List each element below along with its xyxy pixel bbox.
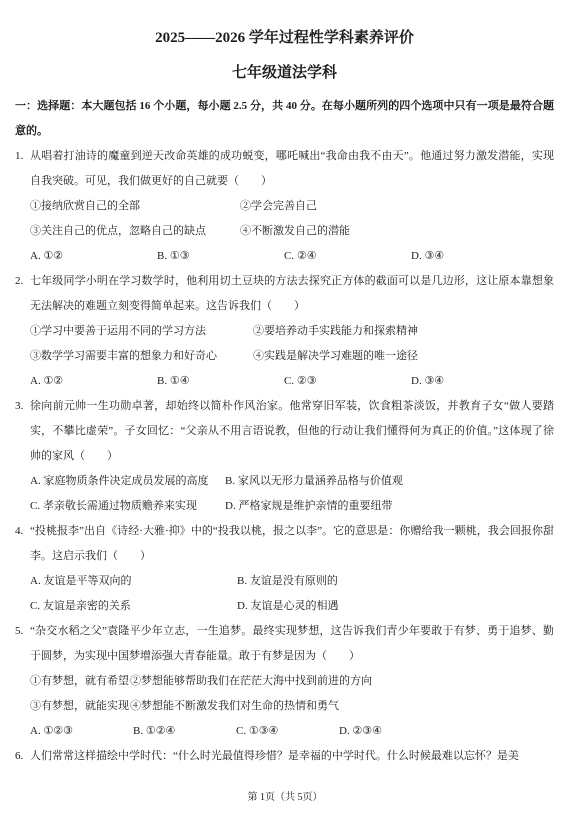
option-item: ②要培养动手实践能力和探索精神 (253, 319, 418, 344)
option-item: ④不断激发自己的潜能 (240, 219, 350, 244)
option-row: ①学习中要善于运用不同的学习方法②要培养动手实践能力和探索精神 (15, 319, 554, 344)
choice-item: D. ③④ (411, 244, 444, 269)
choice-row: A. ①②③B. ①②④C. ①③④D. ②③④ (15, 719, 554, 744)
question-number: 4. (15, 519, 23, 544)
question-stem: 6.人们常常这样描绘中学时代：“什么时光最值得珍惜？是幸福的中学时代。什么时候最… (15, 744, 554, 769)
choice-item: B. ①③ (157, 244, 284, 269)
option-row: ①有梦想，就有希望②梦想能够帮助我们在茫茫大海中找到前进的方向 (15, 669, 554, 694)
option-item: ①接纳欣赏自己的全部 (30, 194, 240, 219)
option-item: ④实践是解决学习难题的唯一途径 (253, 344, 418, 369)
question-stem: 4.“投桃报李”出自《诗经·大雅·抑》中的“投我以桃，报之以李”。它的意思是：你… (15, 519, 554, 569)
question-stem: 5.“杂交水稻之父”袁隆平少年立志，一生追梦。最终实现梦想，这告诉我们青少年要敢… (15, 619, 554, 669)
choice-item: D. ②③④ (339, 719, 382, 744)
choice-item: C. 孝亲敬长需通过物质赡养来实现 (30, 494, 225, 519)
question-2: 2.七年级同学小明在学习数学时，他利用切土豆块的方法去探究正方体的截面可以是几边… (15, 269, 554, 394)
choice-item: B. ①②④ (133, 719, 236, 744)
question-stem-text: “杂交水稻之父”袁隆平少年立志，一生追梦。最终实现梦想，这告诉我们青少年要敢于有… (30, 625, 554, 662)
question-number: 6. (15, 744, 23, 769)
choice-item: D. 友谊是心灵的相遇 (237, 594, 338, 619)
option-item: ③数学学习需要丰富的想象力和好奇心 (30, 344, 253, 369)
doc-title: 2025——2026 学年过程性学科素养评价 (15, 28, 554, 48)
choice-item: A. ①②③ (30, 719, 133, 744)
choice-item: C. ②④ (284, 244, 411, 269)
question-stem-text: 从唱着打油诗的魔童到逆天改命英雄的成功蜕变，哪吒喊出“我命由我不由天”。他通过努… (30, 150, 554, 187)
choice-item: A. 家庭物质条件决定成员发展的高度 (30, 469, 225, 494)
option-item: ①有梦想，就有希望 (30, 669, 130, 694)
question-stem-text: 徐向前元帅一生功勋卓著，却始终以简朴作风治家。他常穿旧军装，饮食粗茶淡饭，并教育… (30, 400, 554, 462)
question-5: 5.“杂交水稻之父”袁隆平少年立志，一生追梦。最终实现梦想，这告诉我们青少年要敢… (15, 619, 554, 744)
choice-item: C. 友谊是亲密的关系 (30, 594, 237, 619)
option-item: ④梦想能不断激发我们对生命的热情和勇气 (130, 694, 339, 719)
question-stem: 1.从唱着打油诗的魔童到逆天改命英雄的成功蜕变，哪吒喊出“我命由我不由天”。他通… (15, 144, 554, 194)
choice-item: A. ①② (30, 369, 157, 394)
choice-row: C. 孝亲敬长需通过物质赡养来实现D. 严格家规是维护亲情的重要纽带 (15, 494, 554, 519)
option-item: ①学习中要善于运用不同的学习方法 (30, 319, 253, 344)
option-row: ③关注自己的优点，忽略自己的缺点④不断激发自己的潜能 (15, 219, 554, 244)
question-number: 5. (15, 619, 23, 644)
exam-page: 2025——2026 学年过程性学科素养评价 七年级道法学科 一：选择题：本大题… (0, 0, 570, 825)
question-1: 1.从唱着打油诗的魔童到逆天改命英雄的成功蜕变，哪吒喊出“我命由我不由天”。他通… (15, 144, 554, 269)
question-6: 6.人们常常这样描绘中学时代：“什么时光最值得珍惜？是幸福的中学时代。什么时候最… (15, 744, 554, 769)
question-stem-text: “投桃报李”出自《诗经·大雅·抑》中的“投我以桃，报之以李”。它的意思是：你赠给… (30, 525, 554, 562)
question-4: 4.“投桃报李”出自《诗经·大雅·抑》中的“投我以桃，报之以李”。它的意思是：你… (15, 519, 554, 619)
choice-item: B. 家风以无形力量涵养品格与价值观 (225, 469, 403, 494)
option-row: ③有梦想，就能实现④梦想能不断激发我们对生命的热情和勇气 (15, 694, 554, 719)
page-number-footer: 第 1页（共 5页） (0, 791, 570, 805)
question-3: 3.徐向前元帅一生功勋卓著，却始终以简朴作风治家。他常穿旧军装，饮食粗茶淡饭，并… (15, 394, 554, 519)
choice-row: A. 家庭物质条件决定成员发展的高度B. 家风以无形力量涵养品格与价值观 (15, 469, 554, 494)
choice-item: D. 严格家规是维护亲情的重要纽带 (225, 494, 392, 519)
question-number: 2. (15, 269, 23, 294)
question-stem: 2.七年级同学小明在学习数学时，他利用切土豆块的方法去探究正方体的截面可以是几边… (15, 269, 554, 319)
choice-item: B. 友谊是没有原则的 (237, 569, 338, 594)
choice-item: A. ①② (30, 244, 157, 269)
option-row: ③数学学习需要丰富的想象力和好奇心④实践是解决学习难题的唯一途径 (15, 344, 554, 369)
option-item: ②梦想能够帮助我们在茫茫大海中找到前进的方向 (130, 669, 372, 694)
question-number: 3. (15, 394, 23, 419)
choice-row: C. 友谊是亲密的关系D. 友谊是心灵的相遇 (15, 594, 554, 619)
question-stem-text: 七年级同学小明在学习数学时，他利用切土豆块的方法去探究正方体的截面可以是几边形，… (30, 275, 554, 312)
choice-row: A. ①②B. ①④C. ②③D. ③④ (15, 369, 554, 394)
question-stem: 3.徐向前元帅一生功勋卓著，却始终以简朴作风治家。他常穿旧军装，饮食粗茶淡饭，并… (15, 394, 554, 469)
choice-row: A. ①②B. ①③C. ②④D. ③④ (15, 244, 554, 269)
question-number: 1. (15, 144, 23, 169)
choice-item: A. 友谊是平等双向的 (30, 569, 237, 594)
choice-row: A. 友谊是平等双向的B. 友谊是没有原则的 (15, 569, 554, 594)
section-intro: 一：选择题：本大题包括 16 个小题，每小题 2.5 分，共 40 分。在每小题… (15, 94, 554, 144)
choice-item: C. ②③ (284, 369, 411, 394)
option-item: ③关注自己的优点，忽略自己的缺点 (30, 219, 240, 244)
option-row: ①接纳欣赏自己的全部②学会完善自己 (15, 194, 554, 219)
doc-subtitle: 七年级道法学科 (15, 63, 554, 83)
choice-item: D. ③④ (411, 369, 444, 394)
option-item: ③有梦想，就能实现 (30, 694, 130, 719)
choice-item: B. ①④ (157, 369, 284, 394)
option-item: ②学会完善自己 (240, 194, 317, 219)
question-stem-text: 人们常常这样描绘中学时代：“什么时光最值得珍惜？是幸福的中学时代。什么时候最难以… (30, 750, 519, 762)
choice-item: C. ①③④ (236, 719, 339, 744)
